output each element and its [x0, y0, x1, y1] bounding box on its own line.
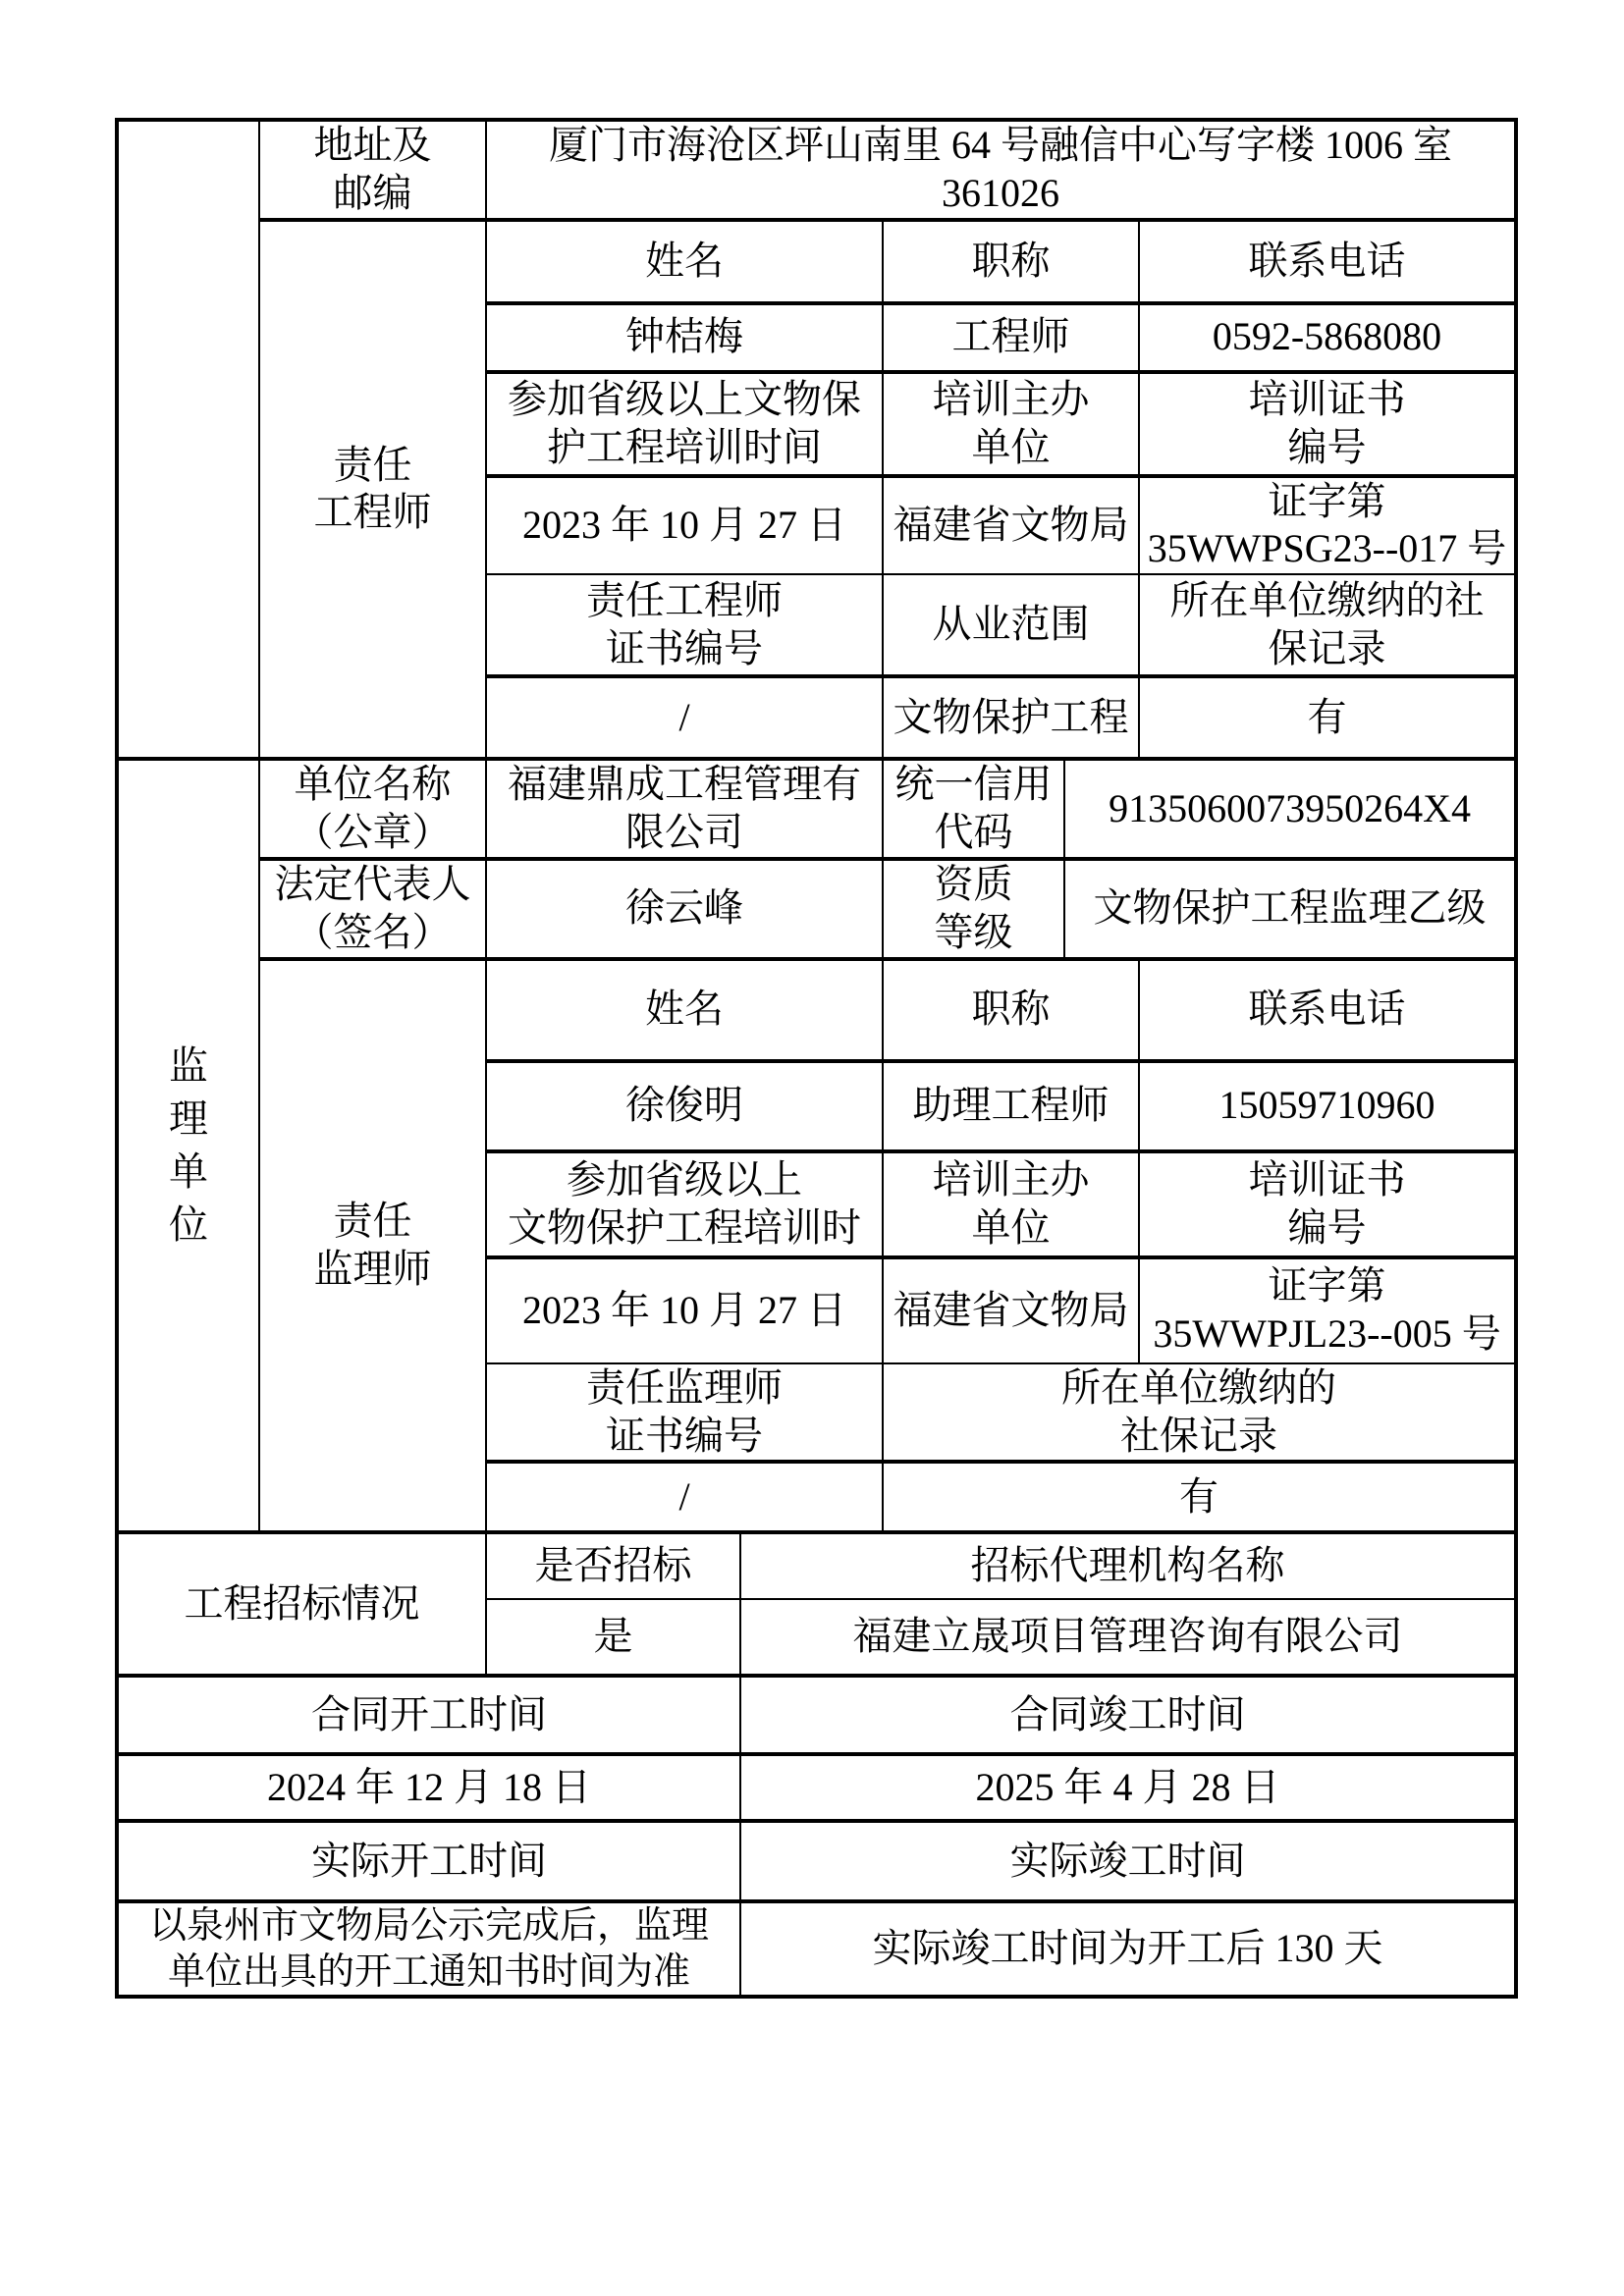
supervision-legal-name: 徐云峰 — [486, 859, 883, 959]
supervisor-role-line1: 责任 — [260, 1198, 485, 1246]
row-supervisor-header: 责任 监理师 姓名 职称 联系电话 — [117, 959, 1516, 1061]
supervisor-training-org: 福建省文物局 — [883, 1257, 1139, 1363]
supervisor-training-cert-label-line1: 培训证书 — [1140, 1156, 1514, 1204]
engineer-training-org-label-line2: 单位 — [884, 424, 1138, 472]
supervisor-training-org-label-line2: 单位 — [884, 1204, 1138, 1253]
engineer-training-date: 2023 年 10 月 27 日 — [486, 476, 883, 575]
supervisor-col-phone: 联系电话 — [1139, 959, 1516, 1061]
contract-end-label: 合同竣工时间 — [740, 1676, 1516, 1754]
supervisor-social-label: 所在单位缴纳的 社保记录 — [883, 1363, 1516, 1463]
supervision-qual-label-line2: 等级 — [884, 909, 1063, 957]
engineer-training-time-label-line1: 参加省级以上文物保 — [487, 376, 882, 424]
supervisor-phone: 15059710960 — [1139, 1061, 1516, 1151]
actual-end-note: 实际竣工时间为开工后 130 天 — [740, 1901, 1516, 1997]
engineer-cert-no-label: 责任工程师 证书编号 — [486, 574, 883, 676]
supervisor-training-cert-label: 培训证书 编号 — [1139, 1151, 1516, 1257]
engineer-training-cert-label-line1: 培训证书 — [1140, 376, 1514, 424]
engineer-training-cert-line2: 35WWPSG23--017 号 — [1140, 525, 1514, 573]
engineer-training-cert-label: 培训证书 编号 — [1139, 372, 1516, 476]
actual-start-note-line2: 单位出具的开工通知书时间为准 — [119, 1949, 739, 1995]
engineer-col-name: 姓名 — [486, 220, 883, 303]
supervision-legal-label-line1: 法定代表人 — [260, 861, 485, 909]
actual-start-label: 实际开工时间 — [117, 1821, 740, 1901]
supervision-qual-label: 资质 等级 — [883, 859, 1064, 959]
supervision-company-name-line1: 福建鼎成工程管理有 — [487, 761, 882, 809]
supervision-credit-code: 9135060073950264X4 — [1064, 759, 1516, 859]
supervisor-training-org-label: 培训主办 单位 — [883, 1151, 1139, 1257]
address-label-cell: 地址及 邮编 — [259, 120, 486, 220]
supervisor-cert-no-label-line1: 责任监理师 — [487, 1364, 882, 1413]
engineer-role-line2: 工程师 — [260, 489, 485, 537]
contract-start-label: 合同开工时间 — [117, 1676, 740, 1754]
address-label-line1: 地址及 — [260, 122, 485, 170]
supervisor-training-org-label-line1: 培训主办 — [884, 1156, 1138, 1204]
row-supervision-company: 监理单位 单位名称 （公章） 福建鼎成工程管理有 限公司 统一信用 代码 913… — [117, 759, 1516, 859]
engineer-training-cert-label-line2: 编号 — [1140, 424, 1514, 472]
supervision-legal-label: 法定代表人 （签名） — [259, 859, 486, 959]
engineer-social-label: 所在单位缴纳的社 保记录 — [1139, 574, 1516, 676]
contract-start-value: 2024 年 12 月 18 日 — [117, 1754, 740, 1821]
supervisor-training-time-label-line1: 参加省级以上 — [487, 1156, 882, 1204]
row-contract-time-values: 2024 年 12 月 18 日 2025 年 4 月 28 日 — [117, 1754, 1516, 1821]
supervisor-col-name: 姓名 — [486, 959, 883, 1061]
supervisor-name: 徐俊明 — [486, 1061, 883, 1151]
supervision-company-label: 单位名称 （公章） — [259, 759, 486, 859]
row-actual-time-labels: 实际开工时间 实际竣工时间 — [117, 1821, 1516, 1901]
engineer-scope-label: 从业范围 — [883, 574, 1139, 676]
row-contract-time-labels: 合同开工时间 合同竣工时间 — [117, 1676, 1516, 1754]
supervision-company-name: 福建鼎成工程管理有 限公司 — [486, 759, 883, 859]
row-actual-time-values: 以泉州市文物局公示完成后，监理 单位出具的开工通知书时间为准 实际竣工时间为开工… — [117, 1901, 1516, 1997]
actual-start-note-line1: 以泉州市文物局公示完成后，监理 — [119, 1903, 739, 1949]
address-value-line2: 361026 — [487, 170, 1514, 218]
supervision-company-label-line1: 单位名称 — [260, 761, 485, 809]
row-engineer-header: 责任 工程师 姓名 职称 联系电话 — [117, 220, 1516, 303]
supervisor-training-time-label-line2: 文物保护工程培训时 — [487, 1204, 882, 1253]
supervisor-social-value: 有 — [883, 1462, 1516, 1532]
address-value-cell: 厦门市海沧区坪山南里 64 号融信中心写字楼 1006 室 361026 — [486, 120, 1516, 220]
row-supervision-legal: 法定代表人 （签名） 徐云峰 资质 等级 文物保护工程监理乙级 — [117, 859, 1516, 959]
engineer-training-time-label-line2: 护工程培训时间 — [487, 424, 882, 472]
engineer-training-org: 福建省文物局 — [883, 476, 1139, 575]
engineer-training-cert-no: 证字第 35WWPSG23--017 号 — [1139, 476, 1516, 575]
supervision-qual-label-line1: 资质 — [884, 861, 1063, 909]
contract-end-value: 2025 年 4 月 28 日 — [740, 1754, 1516, 1821]
address-label-line2: 邮编 — [260, 170, 485, 218]
supervisor-title: 助理工程师 — [883, 1061, 1139, 1151]
supervisor-cert-no-value: / — [486, 1462, 883, 1532]
supervision-company-name-line2: 限公司 — [487, 809, 882, 857]
supervision-role-cell: 监理单位 — [117, 759, 259, 1532]
engineer-training-org-label-line1: 培训主办 — [884, 376, 1138, 424]
supervisor-role-line2: 监理师 — [260, 1246, 485, 1294]
engineer-cert-no-label-line2: 证书编号 — [487, 625, 882, 673]
supervision-qual-value: 文物保护工程监理乙级 — [1064, 859, 1516, 959]
engineer-training-time-label: 参加省级以上文物保 护工程培训时间 — [486, 372, 883, 476]
supervisor-training-cert-line2: 35WWPJL23--005 号 — [1140, 1310, 1514, 1359]
supervisor-cert-no-label: 责任监理师 证书编号 — [486, 1363, 883, 1463]
engineer-training-org-label: 培训主办 单位 — [883, 372, 1139, 476]
engineer-cert-no-value: / — [486, 676, 883, 759]
engineer-scope-value: 文物保护工程 — [883, 676, 1139, 759]
supervisor-training-date: 2023 年 10 月 27 日 — [486, 1257, 883, 1363]
engineer-role-cell: 责任 工程师 — [259, 220, 486, 760]
supervision-credit-label: 统一信用 代码 — [883, 759, 1064, 859]
bidding-agency-value: 福建立晟项目管理咨询有限公司 — [740, 1599, 1516, 1676]
engineer-title: 工程师 — [883, 303, 1139, 372]
supervisor-training-cert-no: 证字第 35WWPJL23--005 号 — [1139, 1257, 1516, 1363]
row-address: 地址及 邮编 厦门市海沧区坪山南里 64 号融信中心写字楼 1006 室 361… — [117, 120, 1516, 220]
supervisor-col-title: 职称 — [883, 959, 1139, 1061]
engineer-phone: 0592-5868080 — [1139, 303, 1516, 372]
address-value-line1: 厦门市海沧区坪山南里 64 号融信中心写字楼 1006 室 — [487, 122, 1514, 170]
registration-form-table: 地址及 邮编 厦门市海沧区坪山南里 64 号融信中心写字楼 1006 室 361… — [115, 118, 1518, 1999]
engineer-col-phone: 联系电话 — [1139, 220, 1516, 303]
supervision-company-label-line2: （公章） — [260, 809, 485, 857]
bidding-section-label: 工程招标情况 — [117, 1532, 486, 1676]
bidding-agency-label: 招标代理机构名称 — [740, 1532, 1516, 1599]
engineer-cert-no-label-line1: 责任工程师 — [487, 577, 882, 625]
supervisor-training-cert-line1: 证字第 — [1140, 1262, 1514, 1310]
engineer-social-value: 有 — [1139, 676, 1516, 759]
supervisor-social-label-line1: 所在单位缴纳的 — [884, 1364, 1514, 1413]
supervisor-role-cell: 责任 监理师 — [259, 959, 486, 1533]
engineer-role-line1: 责任 — [260, 442, 485, 490]
supervisor-cert-no-label-line2: 证书编号 — [487, 1413, 882, 1461]
supervisor-training-cert-label-line2: 编号 — [1140, 1204, 1514, 1253]
engineer-col-title: 职称 — [883, 220, 1139, 303]
engineer-name: 钟桔梅 — [486, 303, 883, 372]
unit-role-cell-empty — [117, 120, 259, 759]
row-bidding-header: 工程招标情况 是否招标 招标代理机构名称 — [117, 1532, 1516, 1599]
supervision-legal-label-line2: （签名） — [260, 909, 485, 957]
supervisor-training-time-label: 参加省级以上 文物保护工程培训时 — [486, 1151, 883, 1257]
supervisor-social-label-line2: 社保记录 — [884, 1413, 1514, 1461]
actual-end-label: 实际竣工时间 — [740, 1821, 1516, 1901]
engineer-social-label-line1: 所在单位缴纳的社 — [1140, 577, 1514, 625]
engineer-social-label-line2: 保记录 — [1140, 625, 1514, 673]
supervision-role-label: 监理单位 — [167, 1040, 210, 1252]
supervision-credit-label-line1: 统一信用 — [884, 761, 1063, 809]
supervision-credit-label-line2: 代码 — [884, 809, 1063, 857]
bidding-is-bid-label: 是否招标 — [486, 1532, 740, 1599]
engineer-training-cert-line1: 证字第 — [1140, 478, 1514, 526]
bidding-is-bid-value: 是 — [486, 1599, 740, 1676]
actual-start-note: 以泉州市文物局公示完成后，监理 单位出具的开工通知书时间为准 — [117, 1901, 740, 1997]
